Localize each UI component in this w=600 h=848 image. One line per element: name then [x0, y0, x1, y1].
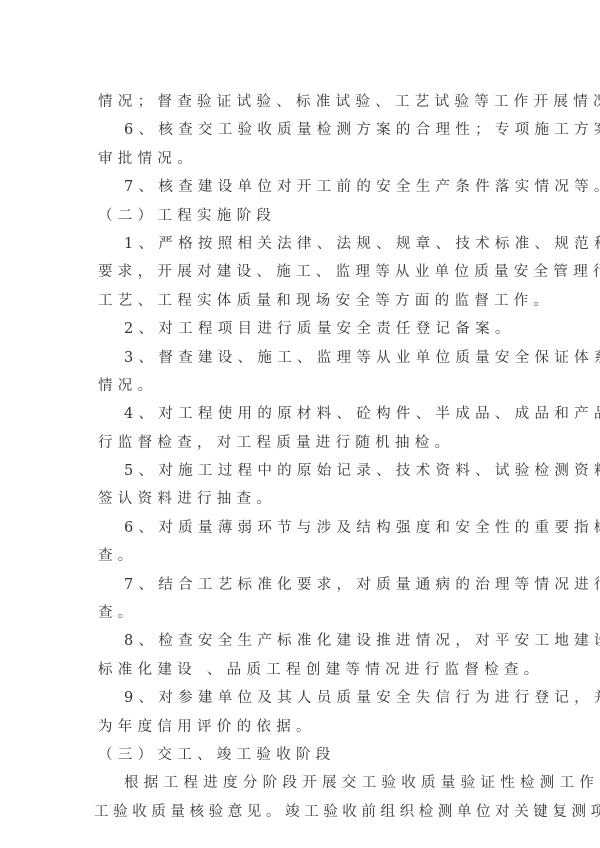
- text-line-item-6b: 6、对质量薄弱环节与涉及结构强度和安全性的重要指标进行督: [98, 514, 522, 542]
- text-line-item-6: 6、核查交工验收质量检测方案的合理性；专项施工方案的编制、: [98, 116, 522, 144]
- text-line: 行监督检查，对工程质量进行随机抽检。: [98, 429, 522, 457]
- text-line-item-7: 7、核查建设单位对开工前的安全生产条件落实情况等。: [98, 173, 522, 201]
- text-line-paragraph-start: 根据工程进度分阶段开展交工验收质量验证性检测工作，出具交: [98, 769, 522, 797]
- text-line: 查。: [98, 599, 522, 627]
- text-line-item-7b: 7、结合工艺标准化要求，对质量通病的治理等情况进行监督检: [98, 571, 522, 599]
- text-line-item-8: 8、检查安全生产标准化建设推进情况，对平安工地建设、施工: [98, 627, 522, 655]
- text-line-item-9: 9、对参建单位及其人员质量安全失信行为进行登记，并归档作: [98, 684, 522, 712]
- text-line: 工验收质量核验意见。竣工验收前组织检测单位对关键复测项目进行: [94, 798, 522, 826]
- text-line: 标准化建设 、品质工程创建等情况进行监督检查。: [98, 656, 522, 684]
- text-line-item-3: 3、督查建设、施工、监理等从业单位质量安全保证体系的运转: [98, 344, 522, 372]
- text-line: 审批情况。: [98, 145, 522, 173]
- text-line-item-5: 5、对施工过程中的原始记录、技术资料、试验检测资料、监理: [98, 457, 522, 485]
- text-line: 情况。: [98, 372, 522, 400]
- text-line: 为年度信用评价的依据。: [98, 713, 522, 741]
- text-line: 情况；督查验证试验、标准试验、工艺试验等工作开展情况。: [98, 88, 522, 116]
- text-line-item-2: 2、对工程项目进行质量安全责任登记备案。: [98, 315, 522, 343]
- text-line: 查。: [98, 542, 522, 570]
- text-line-item-4: 4、对工程使用的原材料、砼构件、半成品、成品和产品质量进: [98, 400, 522, 428]
- document-page: 情况；督查验证试验、标准试验、工艺试验等工作开展情况。 6、核查交工验收质量检测…: [98, 88, 522, 826]
- section-heading-acceptance-stage: （三）交工、竣工验收阶段: [98, 741, 522, 769]
- text-line: 要求，开展对建设、施工、监理等从业单位质量安全管理行为、施工: [98, 258, 522, 286]
- text-line: 工艺、工程实体质量和现场安全等方面的监督工作。: [98, 287, 522, 315]
- section-heading-implementation-stage: （二）工程实施阶段: [98, 202, 522, 230]
- text-line-item-1: 1、严格按照相关法律、法规、规章、技术标准、规范和文件的: [98, 230, 522, 258]
- text-line: 签认资料进行抽查。: [98, 485, 522, 513]
